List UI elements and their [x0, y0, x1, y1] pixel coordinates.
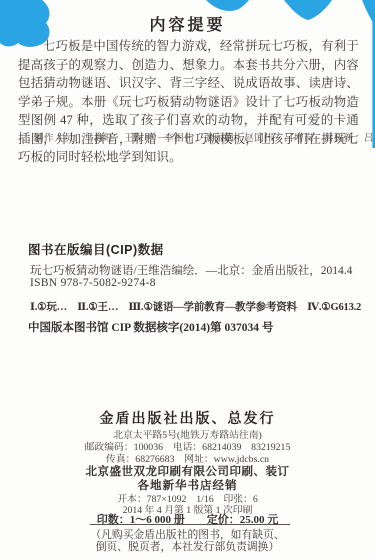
publisher-heading: 金盾出版社出版、总发行 — [0, 408, 375, 428]
cloud-edge-icon — [206, 0, 249, 11]
summary-title: 内容提要 — [0, 12, 375, 35]
cip-classification: Ⅰ.①玩… Ⅱ.①王… Ⅲ.①谜语—学前教育—教学参考资料 Ⅳ.①G613.2 — [30, 299, 369, 314]
production-credits: 制作人员：马海旺 王保平 李相伟 张丽娟 赵国伟 吕增岗 吕树新 吕增华 — [34, 130, 375, 144]
exchange-notice-line2: 倒页、脱页者，本社发行部负责调换） — [0, 539, 375, 554]
cip-entry: 玩七巧板猜动物谜语/王维浩编绘．—北京：金盾出版社，2014.4 — [30, 262, 352, 278]
summary-paragraph: 七巧板是中国传统的智力游戏，经常拼玩七巧板，有利于提高孩子的观察力、创造力、想象… — [18, 37, 359, 167]
cip-record-number: 中国版本图书馆 CIP 数据核字(2014)第 037034 号 — [28, 319, 273, 335]
divider-rule — [90, 524, 290, 525]
cip-heading: 图书在版编目(CIP)数据 — [28, 240, 164, 258]
book-copyright-page: 内容提要 七巧板是中国传统的智力游戏，经常拼玩七巧板，有利于提高孩子的观察力、创… — [0, 0, 375, 559]
cip-isbn: ISBN 978-7-5082-9274-8 — [30, 277, 156, 289]
